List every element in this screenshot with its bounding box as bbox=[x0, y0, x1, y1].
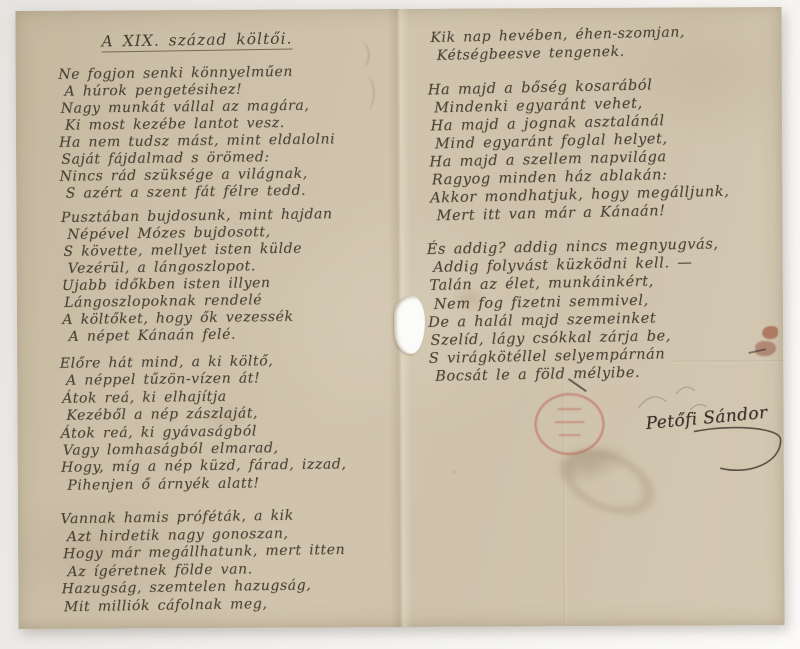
wax-seal-residue bbox=[762, 326, 778, 339]
torn-hole bbox=[394, 296, 425, 354]
ink-bleed-mark bbox=[359, 76, 375, 110]
poem-line: Ha nem tudsz mást, mint eldalolni bbox=[59, 131, 335, 151]
stanza-left-1: Ne fogjon senki könnyelműenA húrok penge… bbox=[58, 63, 336, 202]
poem-title: A XIX. század költői. bbox=[101, 30, 292, 51]
stanza-right-1: Kik nap hevében, éhen-szomjan,Kétségbees… bbox=[430, 23, 685, 65]
poem-line: S azért a szent fát félre tedd. bbox=[66, 182, 336, 202]
ink-bleed-mark bbox=[354, 42, 370, 68]
stamp-mark bbox=[559, 434, 581, 436]
stanza-left-3: Előre hát mind, a ki költő,A néppel tűzö… bbox=[60, 352, 347, 495]
poem-line: Pihenjen ő árnyék alatt! bbox=[67, 474, 347, 495]
poem-line: Hogy, míg a nép küzd, fárad, izzad, bbox=[61, 457, 347, 478]
stanza-right-3: És addig? addig nincs megnyugvás,Addig f… bbox=[427, 235, 722, 386]
manuscript-photo: A XIX. század költői. Ne fogjon senki kö… bbox=[0, 0, 800, 649]
poem-line: A népet Kánaán felé. bbox=[69, 325, 335, 346]
signature-flourish bbox=[691, 423, 787, 480]
stamp-mark bbox=[555, 421, 585, 423]
stanza-left-2: Pusztában bujdosunk, mint hajdanNépével … bbox=[61, 206, 335, 346]
poem-line: Nagy munkát vállal az magára, bbox=[61, 97, 335, 117]
poem-line: Mit milliók cáfolnak meg, bbox=[64, 595, 346, 617]
stanza-right-2: Ha majd a bőség kosarábólMindenki egyará… bbox=[428, 75, 730, 226]
stanza-left-4: Vannak hamis próféták, a kikAzt hirdetik… bbox=[60, 507, 346, 617]
poem-title-text: A XIX. század költői. bbox=[101, 30, 292, 53]
stamp-mark bbox=[557, 408, 581, 410]
manuscript-paper: A XIX. század költői. Ne fogjon senki kö… bbox=[15, 7, 784, 629]
red-stamp bbox=[534, 393, 604, 455]
